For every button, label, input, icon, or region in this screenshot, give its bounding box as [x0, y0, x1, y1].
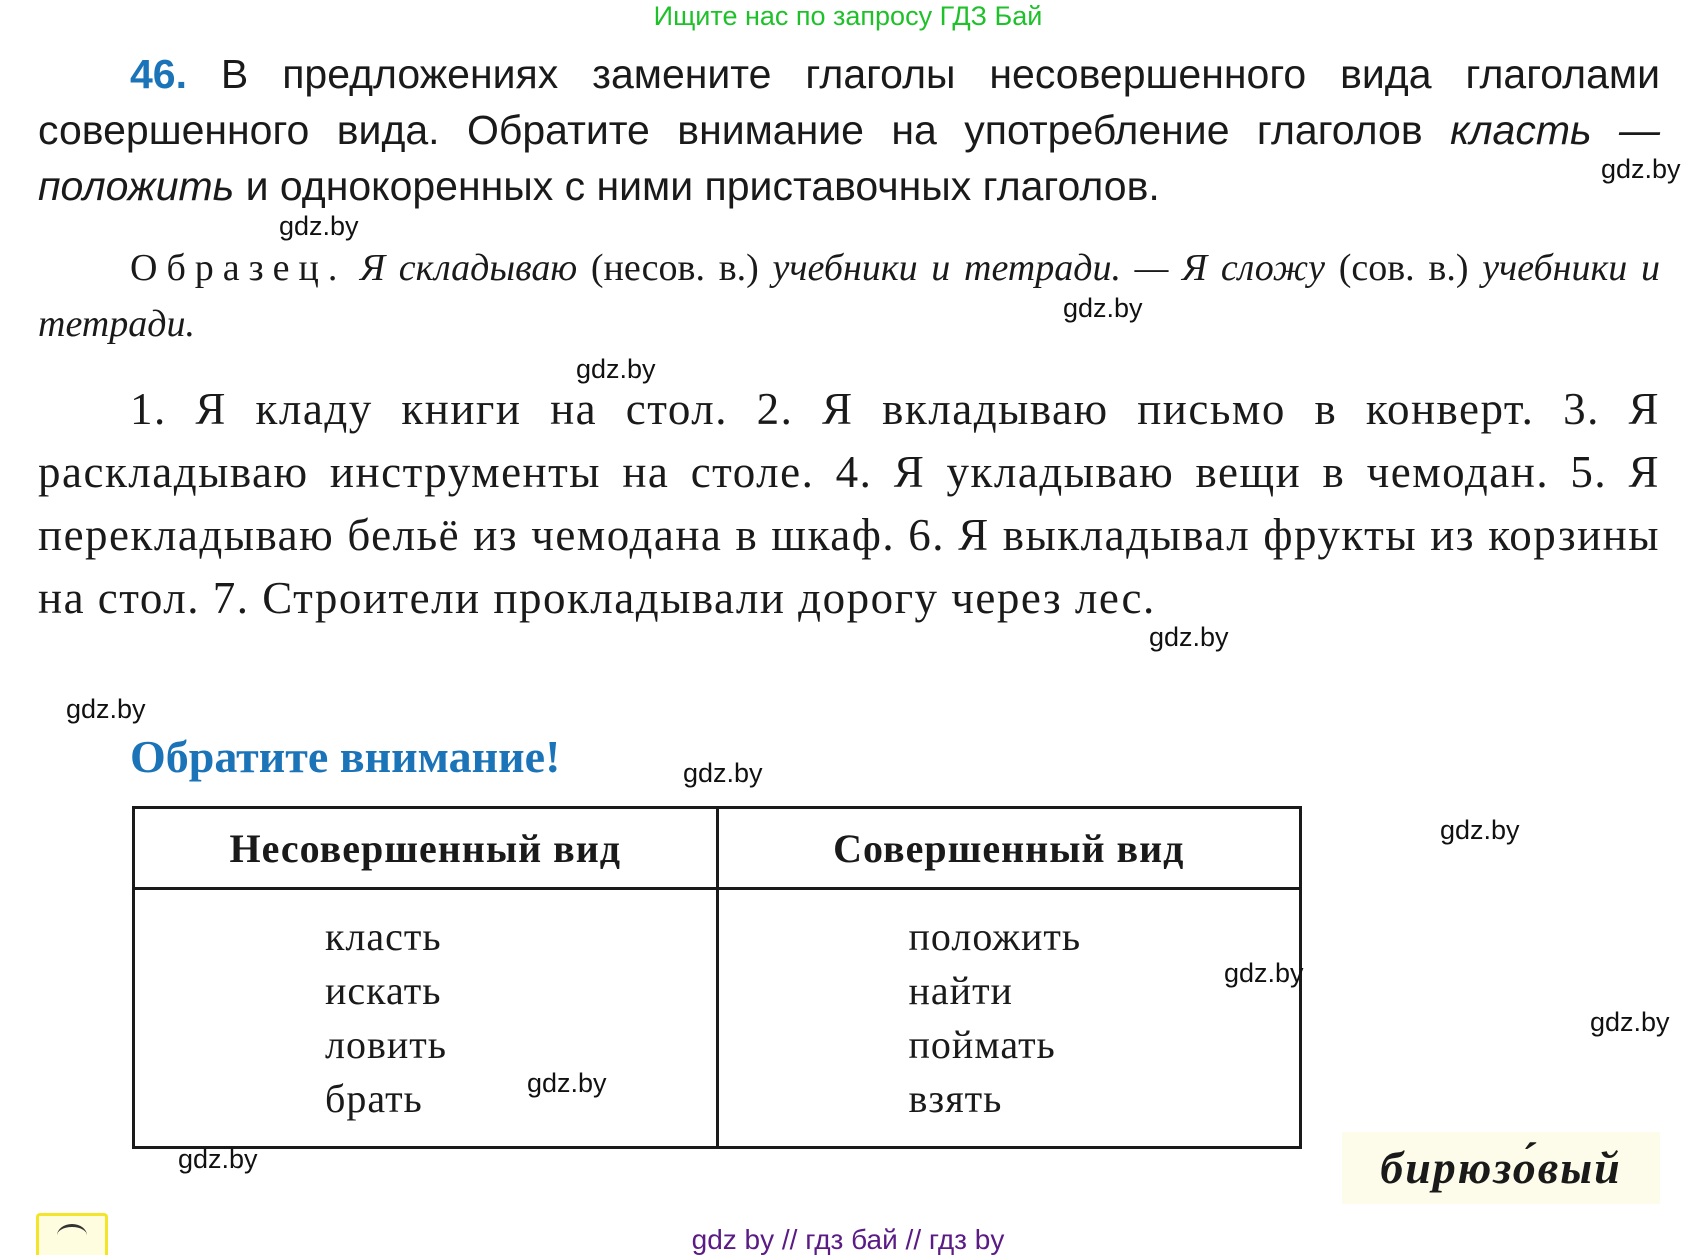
task-instruction: 46. В предложениях замените глаголы несо… — [38, 46, 1660, 214]
table-row: класть искать ловить брать положить найт… — [134, 889, 1301, 1148]
sample-block: Образец. Я складываю (несов. в.) учебник… — [38, 240, 1660, 352]
verb-item: взять — [909, 1072, 1300, 1126]
sample-note-1: (несов. в.) — [577, 247, 772, 289]
task-text-1: В предложениях замените глаголы несоверш… — [38, 51, 1660, 153]
watermark: gdz.by — [1149, 622, 1229, 653]
watermark: gdz.by — [1440, 815, 1520, 846]
header-imperfective: Несовершенный вид — [134, 808, 718, 889]
watermark: gdz.by — [1590, 1007, 1670, 1038]
attention-heading: Обратите внимание! — [130, 730, 560, 783]
verb-item: положить — [909, 910, 1300, 964]
sample-object-1: учебники и тетради. — Я сложу — [773, 247, 1326, 289]
header-perfective: Совершенный вид — [717, 808, 1301, 889]
task-number: 46. — [130, 51, 187, 97]
sample-note-2: (сов. в.) — [1325, 247, 1482, 289]
exercise-sentences: 1. Я кладу книги на стол. 2. Я вкладываю… — [38, 378, 1660, 630]
imperfective-cell: класть искать ловить брать — [134, 889, 718, 1148]
watermark: gdz.by — [683, 758, 763, 789]
task-text-2: и однокоренных с ними приставочных глаго… — [234, 163, 1160, 209]
exercise-text: 1. Я кладу книги на стол. 2. Я вкладываю… — [38, 384, 1660, 623]
watermark: gdz.by — [178, 1144, 258, 1175]
perfective-cell: положить найти поймать взять — [717, 889, 1301, 1148]
vocabulary-word: бирюзо́вый — [1342, 1132, 1660, 1204]
watermark: gdz.by — [527, 1068, 607, 1099]
watermark: gdz.by — [279, 211, 359, 242]
footer-links: gdz by // гдз бай // гдз by — [0, 1224, 1696, 1255]
verb-item: класть — [325, 910, 716, 964]
verb-item: брать — [325, 1072, 716, 1126]
watermark: gdz.by — [66, 694, 146, 725]
sample-sentence-1: Я складываю — [360, 247, 577, 289]
watermark: gdz.by — [1224, 958, 1304, 989]
search-banner: Ищите нас по запросу ГДЗ Бай — [0, 0, 1696, 32]
sample-label: Образец. — [130, 247, 346, 289]
watermark: gdz.by — [1063, 293, 1143, 324]
verb-item: искать — [325, 964, 716, 1018]
watermark: gdz.by — [576, 354, 656, 385]
watermark: gdz.by — [1601, 154, 1681, 185]
table-header-row: Несовершенный вид Совершенный вид — [134, 808, 1301, 889]
aspect-table: Несовершенный вид Совершенный вид класть… — [132, 806, 1302, 1149]
verb-item: ловить — [325, 1018, 716, 1072]
verb-item: поймать — [909, 1018, 1300, 1072]
